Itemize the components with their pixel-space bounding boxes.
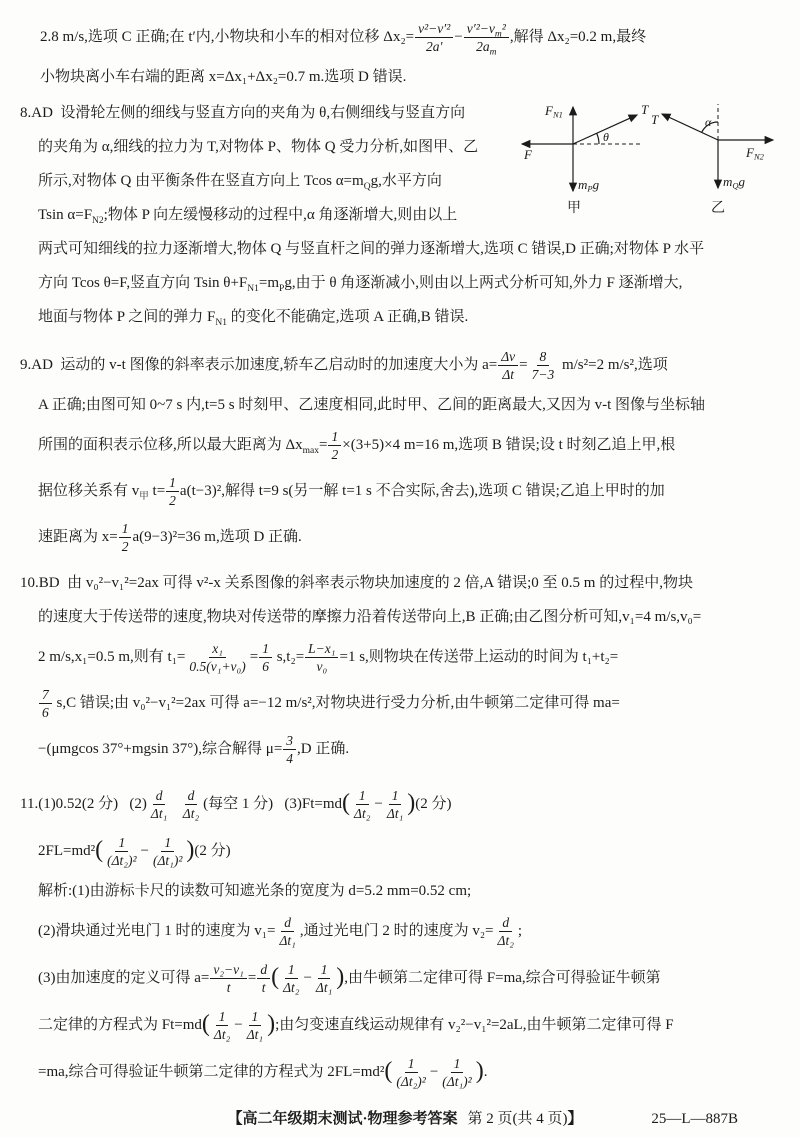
text-line: 两式可知细线的拉力逐渐增大,物体 Q 与竖直杆之间的弹力逐渐增大,选项 C 错误… bbox=[20, 232, 790, 266]
label-tension-left: T bbox=[641, 102, 649, 117]
label-weight-q: mQg bbox=[723, 174, 746, 191]
text-line: (3)由加速度的定义可得 a=v₂−v₁t=dt(1Δt₂−1Δt₁),由牛顿第… bbox=[20, 954, 790, 1001]
text-line: 二定律的方程式为 Ft=md(1Δt₂−1Δt₁);由匀变速直线运动规律有 v₂… bbox=[20, 1001, 790, 1048]
text-line: 解析:(1)由游标卡尺的读数可知遮光条的宽度为 d=5.2 mm=0.52 cm… bbox=[20, 874, 790, 908]
text-line: 据位移关系有 v甲 t=12a(t−3)²,解得 t=9 s(另一解 t=1 s… bbox=[20, 468, 790, 514]
text-line: 2FL=md²(1(Δt₂)²−1(Δt₁)²)(2 分) bbox=[20, 827, 790, 874]
page-indicator: 第 2 页(共 4 页)】 bbox=[468, 1111, 583, 1127]
text-line: 方向 Tcos θ=F,竖直方向 Tsin θ+FN1=mPg,由于 θ 角逐渐… bbox=[20, 266, 790, 300]
text-line: 76 s,C 错误;由 v₀²−v₁²=2ax 可得 a=−12 m/s²,对物… bbox=[20, 680, 790, 726]
label-force-f: F bbox=[523, 147, 533, 162]
label-normal-force-n1: FN1 bbox=[544, 103, 563, 120]
text-line: 所围的面积表示位移,所以最大距离为 Δxmax=12×(3+5)×4 m=16 … bbox=[20, 422, 790, 468]
answer-sheet-page: 2.8 m/s,选项 C 正确;在 t′内,小物块和小车的相对位移 Δx₂=v²… bbox=[0, 0, 800, 1137]
page-footer: 【高二年级期末测试·物理参考答案第 2 页(共 4 页)】 25—L—887B bbox=[20, 1107, 790, 1131]
text-line: 2 m/s,x₁=0.5 m,则有 t₁=x₁0.5(v₁+v₀)=16 s,t… bbox=[20, 634, 790, 680]
text-line: 2.8 m/s,选项 C 正确;在 t′内,小物块和小车的相对位移 Δx₂=v²… bbox=[40, 14, 790, 60]
question-11: 11.(1)0.52(2 分) (2)dΔt₁ dΔt₂(每空 1 分) (3)… bbox=[20, 780, 790, 1095]
text-line: 10.BD 由 v₀²−v₁²=2ax 可得 v²-x 关系图像的斜率表示物块加… bbox=[20, 566, 790, 600]
question-10: 10.BD 由 v₀²−v₁²=2ax 可得 v²-x 关系图像的斜率表示物块加… bbox=[20, 566, 790, 772]
caption-yi: 乙 bbox=[711, 201, 725, 216]
text-line: 的夹角为 α,细线的拉力为 T,对物体 P、物体 Q 受力分析,如图甲、乙 bbox=[20, 130, 515, 164]
text-line: A 正确;由图可知 0~7 s 内,t=5 s 时刻甲、乙速度相同,此时甲、乙间… bbox=[20, 388, 790, 422]
text-line: −(μmgcos 37°+mgsin 37°),综合解得 μ=34,D 正确. bbox=[20, 726, 790, 772]
text-line: 小物块离小车右端的距离 x=Δx₁+Δx₂=0.7 m.选项 D 错误. bbox=[40, 60, 790, 94]
text-line: 地面与物体 P 之间的弹力 FN1 的变化不能确定,选项 A 正确,B 错误. bbox=[20, 300, 790, 334]
text-line: 11.(1)0.52(2 分) (2)dΔt₁ dΔt₂(每空 1 分) (3)… bbox=[20, 780, 790, 827]
text-line: (2)滑块通过光电门 1 时的速度为 v₁=dΔt₁,通过光电门 2 时的速度为… bbox=[20, 908, 790, 954]
question-9: 9.AD 运动的 v-t 图像的斜率表示加速度,轿车乙启动时的加速度大小为 a=… bbox=[20, 342, 790, 560]
label-normal-force-n2: FN2 bbox=[745, 145, 765, 162]
paper-code: 25—L—887B bbox=[651, 1107, 738, 1131]
diagram-jia: FN1 T θ F mPg 甲 bbox=[522, 102, 649, 216]
text-line: =ma,综合可得验证牛顿第二定律的方程式为 2FL=md²(1(Δt₂)²−1(… bbox=[20, 1048, 790, 1095]
question-8-continued: 两式可知细线的拉力逐渐增大,物体 Q 与竖直杆之间的弹力逐渐增大,选项 C 错误… bbox=[20, 232, 790, 334]
text-line: 速距离为 x=12a(9−3)²=36 m,选项 D 正确. bbox=[20, 514, 790, 560]
footer-title: 【高二年级期末测试·物理参考答案第 2 页(共 4 页)】 bbox=[227, 1107, 582, 1131]
label-angle-theta: θ bbox=[603, 130, 609, 144]
text-line: Tsin α=FN2;物体 P 向左缓慢移动的过程中,α 角逐渐增大,则由以上 bbox=[20, 198, 515, 232]
text-line: 8.AD 设滑轮左侧的细线与竖直方向的夹角为 θ,右侧细线与竖直方向 bbox=[20, 96, 515, 130]
text-line: 的速度大于传送带的速度,物块对传送带的摩擦力沿着传送带向上,B 正确;由乙图分析… bbox=[20, 600, 790, 634]
text-line: 所示,对物体 Q 由平衡条件在竖直方向上 Tcos α=mQg,水平方向 bbox=[20, 164, 515, 198]
diagram-yi: T α FN2 mQg 乙 bbox=[651, 104, 773, 216]
caption-jia: 甲 bbox=[567, 200, 581, 216]
intro-paragraph: 2.8 m/s,选项 C 正确;在 t′内,小物块和小车的相对位移 Δx₂=v²… bbox=[20, 14, 790, 94]
label-angle-alpha: α bbox=[705, 115, 712, 129]
force-diagram-figure: FN1 T θ F mPg 甲 T α FN2 mQg bbox=[515, 98, 800, 218]
label-tension-right: T bbox=[651, 112, 659, 127]
text-line: 9.AD 运动的 v-t 图像的斜率表示加速度,轿车乙启动时的加速度大小为 a=… bbox=[20, 342, 790, 388]
question-8: 8.AD 设滑轮左侧的细线与竖直方向的夹角为 θ,右侧细线与竖直方向的夹角为 α… bbox=[20, 96, 790, 334]
question-8-text: 8.AD 设滑轮左侧的细线与竖直方向的夹角为 θ,右侧细线与竖直方向的夹角为 α… bbox=[20, 96, 515, 232]
label-weight-p: mPg bbox=[578, 177, 600, 194]
